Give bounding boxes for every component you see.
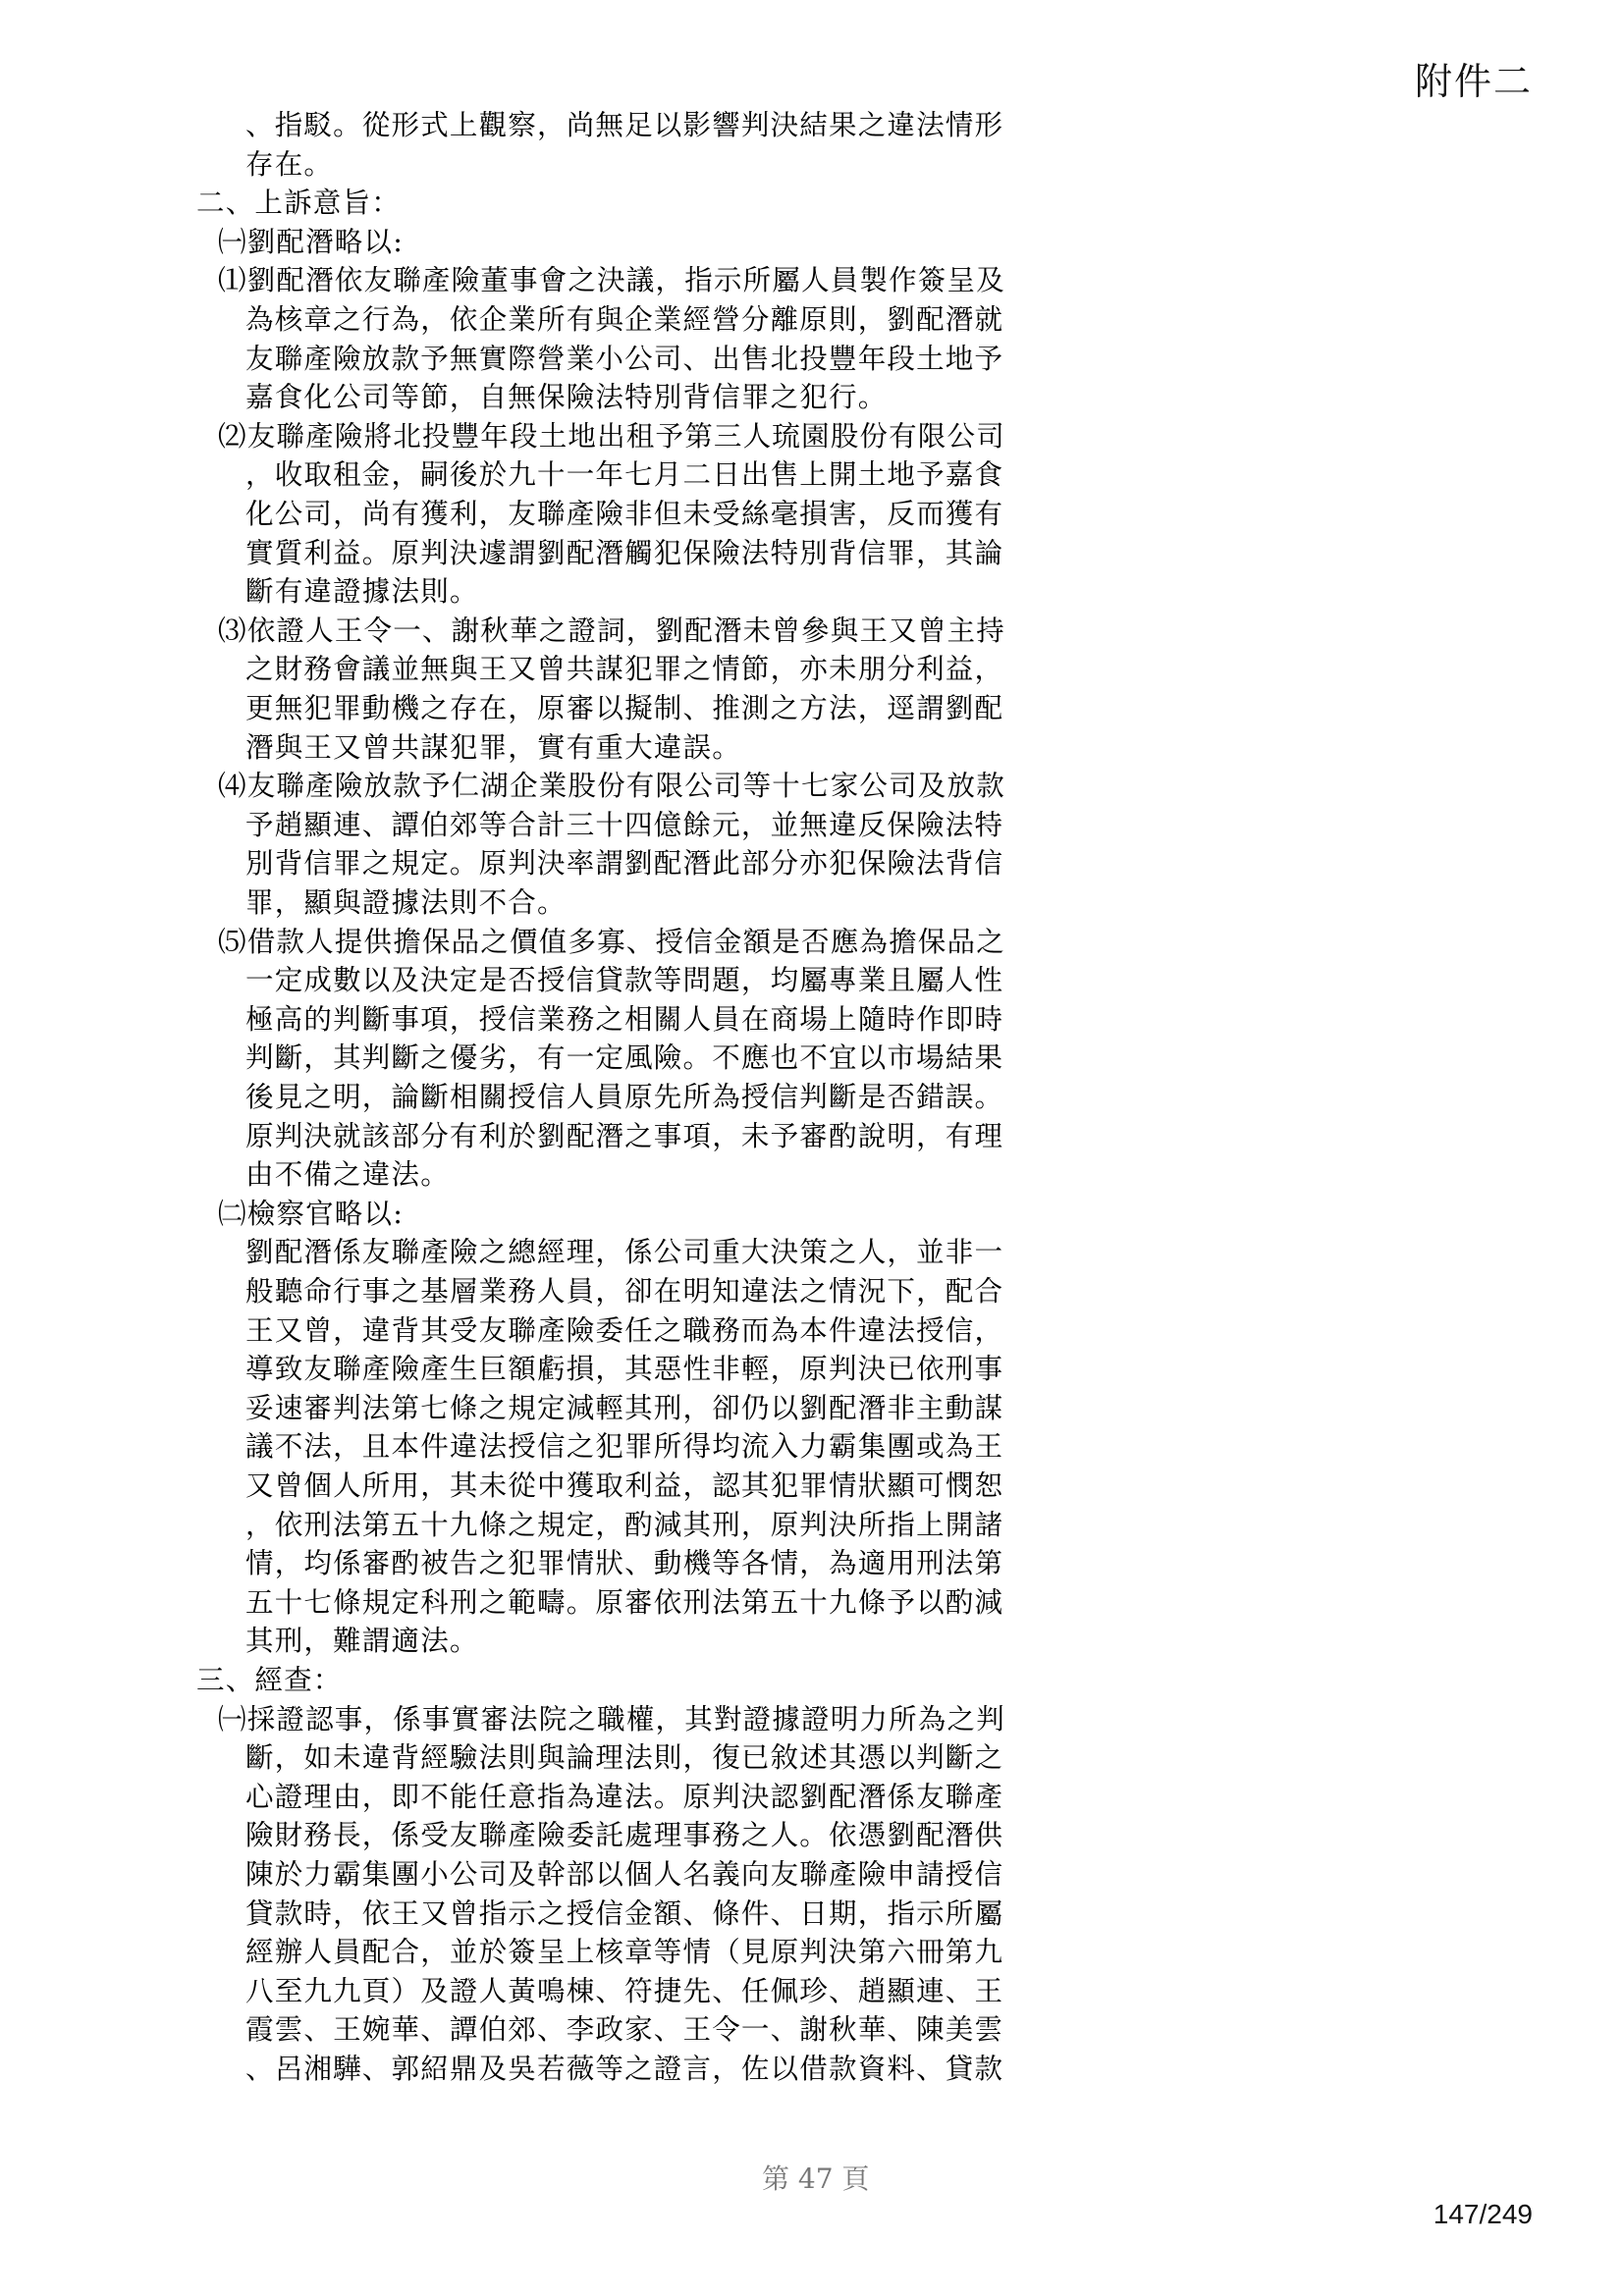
- text-line: 導致友聯產險產生巨額虧損，其惡性非輕，原判決已依刑事: [245, 1350, 1003, 1389]
- text-line: 議不法，且本件違法授信之犯罪所得均流入力霸集團或為王: [245, 1427, 1003, 1467]
- text-line: 心證理由，即不能任意指為違法。原判決認劉配潛係友聯產: [245, 1778, 1003, 1817]
- text-line: 予趙顯連、譚伯郊等合計三十四億餘元，並無違反保險法特: [245, 806, 1003, 845]
- text-line: 經辦人員配合，並於簽呈上核章等情（見原判決第六冊第九: [245, 1933, 1003, 1972]
- text-line: ⑷友聯產險放款予仁湖企業股份有限公司等十七家公司及放款: [218, 767, 1005, 806]
- text-line: 原判決就該部分有利於劉配潛之事項，未予審酌說明，有理: [245, 1117, 1003, 1156]
- text-line: 後見之明，論斷相關授信人員原先所為授信判斷是否錯誤。: [245, 1078, 1003, 1117]
- text-line: 般聽命行事之基層業務人員，卻在明知違法之情況下，配合: [245, 1272, 1003, 1311]
- text-line: 為核章之行為，依企業所有與企業經營分離原則，劉配潛就: [245, 300, 1003, 340]
- text-line: 八至九九頁）及證人黃鳴棟、符捷先、任佩珍、趙顯連、王: [245, 1972, 1003, 2011]
- text-line: 妥速審判法第七條之規定減輕其刑，卻仍以劉配潛非主動謀: [245, 1389, 1003, 1428]
- text-line: ㈡檢察官略以:: [218, 1195, 404, 1234]
- text-line: 一定成數以及決定是否授信貸款等問題，均屬專業且屬人性: [245, 961, 1003, 1000]
- text-line: 別背信罪之規定。原判決率謂劉配潛此部分亦犯保險法背信: [245, 844, 1003, 883]
- text-line: ⑶依證人王令一、謝秋華之證詞，劉配潛未曾參與王又曾主持: [218, 612, 1005, 651]
- text-line: 險財務長，係受友聯產險委託處理事務之人。依憑劉配潛供: [245, 1816, 1003, 1855]
- text-line: ，收取租金，嗣後於九十一年七月二日出售上開土地予嘉食: [245, 455, 1003, 495]
- text-line: 、呂湘驊、郭紹鼎及吳若薇等之證言，佐以借款資料、貸款: [245, 2050, 1003, 2089]
- text-line: 斷，如未違背經驗法則與論理法則，復已敘述其憑以判斷之: [245, 1738, 1003, 1778]
- page-counter: 147/249: [1434, 2199, 1533, 2230]
- text-line: 更無犯罪動機之存在，原審以擬制、推測之方法，逕謂劉配: [245, 689, 1003, 728]
- text-line: 又曾個人所用，其未從中獲取利益，認其犯罪情狀顯可憫恕: [245, 1467, 1003, 1506]
- text-line: ，依刑法第五十九條之規定，酌減其刑，原判決所指上開諸: [245, 1506, 1003, 1545]
- text-line: 劉配潛係友聯產險之總經理，係公司重大決策之人，並非一: [245, 1233, 1003, 1272]
- text-line: ⑸借款人提供擔保品之價值多寡、授信金額是否應為擔保品之: [218, 923, 1005, 962]
- text-line: ⑵友聯產險將北投豐年段土地出租予第三人琉園股份有限公司: [218, 417, 1005, 456]
- text-line: ㈠劉配潛略以:: [218, 223, 404, 262]
- text-line: 存在。: [245, 145, 333, 185]
- text-line: 其刑，難謂適法。: [245, 1622, 479, 1661]
- text-line: ⑴劉配潛依友聯產險董事會之決議，指示所屬人員製作簽呈及: [218, 261, 1005, 300]
- text-line: 王又曾，違背其受友聯產險委任之職務而為本件違法授信，: [245, 1311, 1003, 1351]
- text-line: 霞雲、王婉華、譚伯郊、李政家、王令一、謝秋華、陳美雲: [245, 2010, 1003, 2050]
- text-line: ㈠採證認事，係事實審法院之職權，其對證據證明力所為之判: [218, 1700, 1005, 1739]
- text-line: 罪，顯與證據法則不合。: [245, 883, 567, 923]
- text-line: 友聯產險放款予無實際營業小公司、出售北投豐年段土地予: [245, 340, 1003, 379]
- text-line: 情，均係審酌被告之犯罪情狀、動機等各情，為適用刑法第: [245, 1544, 1003, 1583]
- text-line: 之財務會議並無與王又曾共謀犯罪之情節，亦未朋分利益，: [245, 650, 1003, 689]
- text-line: 嘉食化公司等節，自無保險法特別背信罪之犯行。: [245, 378, 887, 417]
- text-line: 二、上訴意旨：: [196, 184, 401, 223]
- page-number-label: 第 47 頁: [762, 2158, 869, 2197]
- text-line: 潛與王又曾共謀犯罪，實有重大違誤。: [245, 728, 741, 768]
- text-line: 由不備之違法。: [245, 1155, 450, 1195]
- text-line: 化公司，尚有獲利，友聯產險非但未受絲毫損害，反而獲有: [245, 495, 1003, 534]
- text-line: 五十七條規定科刑之範疇。原審依刑法第五十九條予以酌減: [245, 1583, 1003, 1623]
- text-line: 、指駁。從形式上觀察，尚無足以影響判決結果之違法情形: [245, 106, 1003, 145]
- text-line: 貸款時，依王又曾指示之授信金額、條件、日期，指示所屬: [245, 1895, 1003, 1934]
- text-line: 斷有違證據法則。: [245, 572, 479, 612]
- text-line: 三、經查：: [196, 1661, 343, 1700]
- attachment-label: 附件二: [1415, 51, 1533, 105]
- text-line: 陳於力霸集團小公司及幹部以個人名義向友聯產險申請授信: [245, 1855, 1003, 1895]
- text-line: 實質利益。原判決遽謂劉配潛觸犯保險法特別背信罪，其論: [245, 534, 1003, 573]
- text-line: 極高的判斷事項，授信業務之相關人員在商場上隨時作即時: [245, 1000, 1003, 1040]
- text-line: 判斷，其判斷之優劣，有一定風險。不應也不宜以市場結果: [245, 1039, 1003, 1078]
